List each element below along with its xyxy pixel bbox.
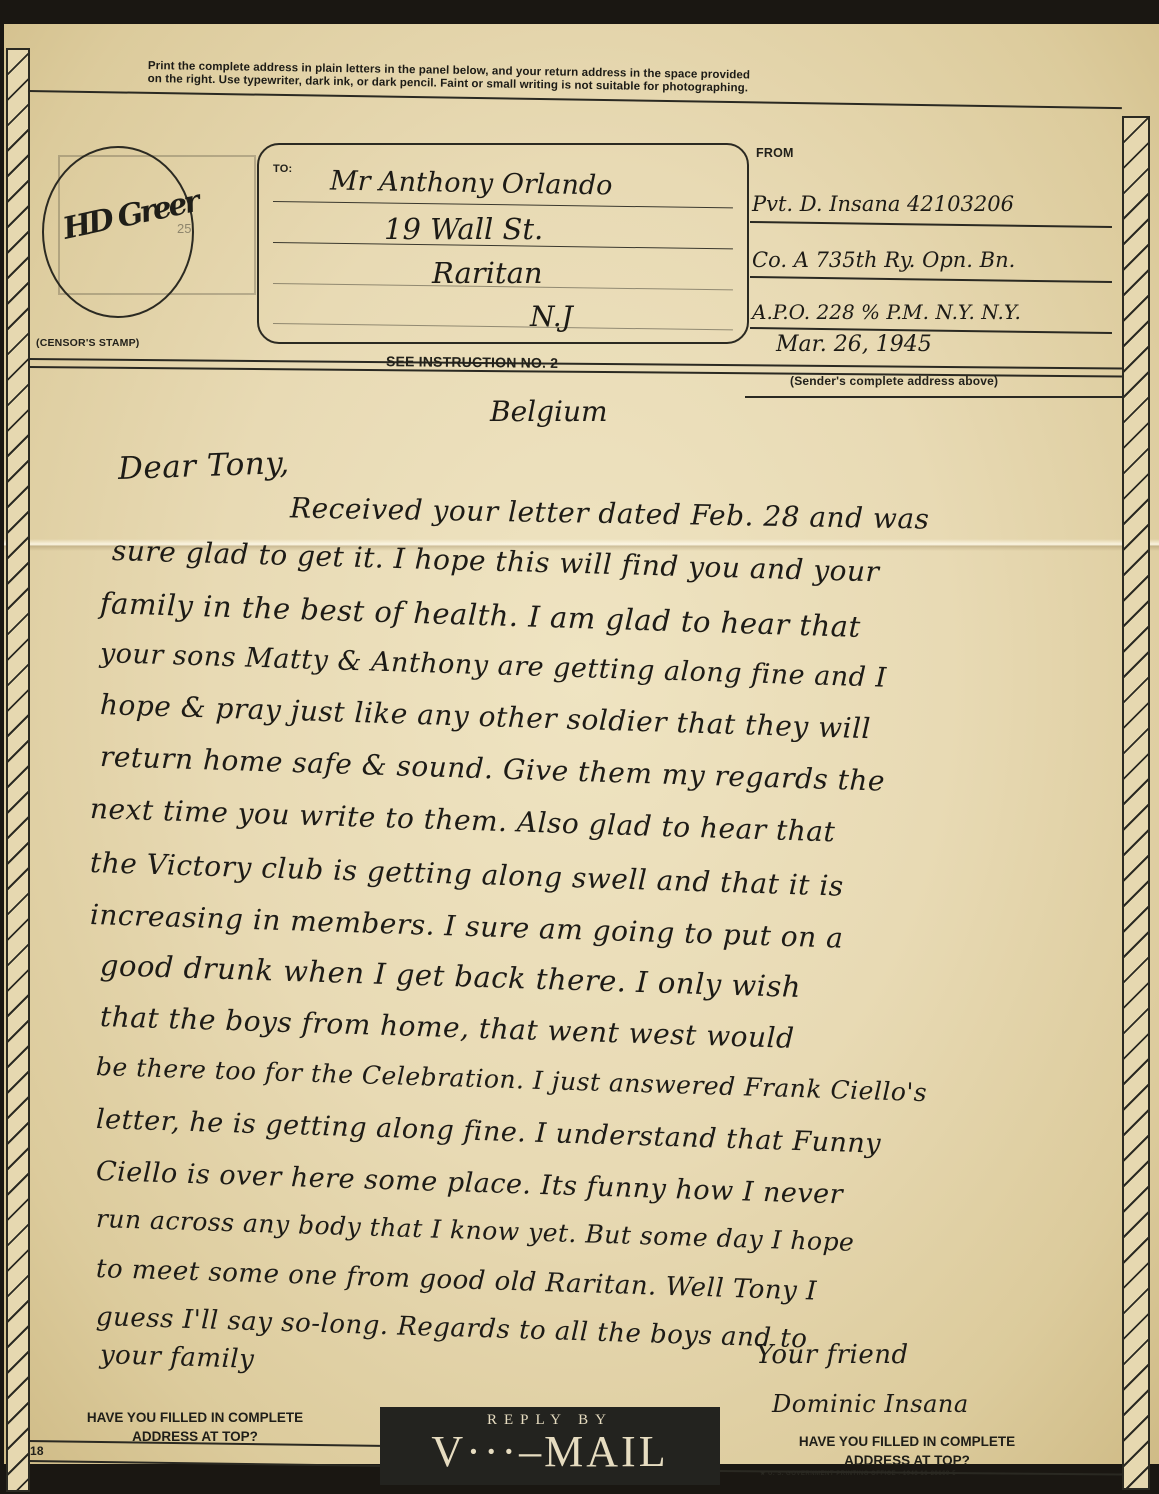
reminder-line-2: ADDRESS AT TOP? [752,1451,1062,1470]
recipient-city: Raritan [432,256,543,290]
censor-stamp-label: (CENSOR'S STAMP) [36,337,140,349]
letter-line: your family [100,1340,255,1375]
reminder-line-2: ADDRESS AT TOP? [40,1427,350,1446]
to-label: TO: [273,163,292,175]
bottom-left-reminder: HAVE YOU FILLED IN COMPLETE ADDRESS AT T… [40,1408,350,1446]
sender-apo: A.P.O. 228 % P.M. N.Y. N.Y. [752,300,1021,324]
reminder-line-1: HAVE YOU FILLED IN COMPLETE [752,1432,1062,1451]
letter-place: Belgium [490,395,608,428]
bottom-right-reminder: HAVE YOU FILLED IN COMPLETE ADDRESS AT T… [752,1432,1062,1470]
sender-address-note: (Sender's complete address above) [790,374,998,388]
recipient-state: N.J [530,300,573,333]
from-label: FROM [756,146,794,160]
address-line-1-rule [273,201,733,208]
letter-signature: Dominic Insana [772,1390,969,1418]
recipient-name: Mr Anthony Orlando [330,166,613,202]
sender-unit: Co. A 735th Ry. Opn. Bn. [752,248,1015,272]
address-line-4-rule [273,323,733,330]
letter-salutation: Dear Tony, [117,445,290,487]
letter-date: Mar. 26, 1945 [776,332,932,357]
form-number: 18 [30,1444,44,1458]
right-hatched-margin [1122,116,1150,1490]
see-instruction-label: SEE INSTRUCTION NO. 2 [386,353,558,371]
vmail-logo-text: V···–MAIL [380,1429,720,1475]
censor-stamp-number: 25 [177,221,191,236]
printer-mark: ★ U. S. GOVERNMENT PRINTING OFFICE : 194… [760,1470,956,1477]
sender-name: Pvt. D. Insana 42103206 [752,192,1014,216]
sender-bottom-rule [745,396,1122,398]
reminder-line-1: HAVE YOU FILLED IN COMPLETE [40,1408,350,1427]
vmail-logo-panel: REPLY BY V···–MAIL [380,1407,720,1485]
recipient-street: 19 Wall St. [384,212,543,246]
letter-closing: Your friend [756,1340,909,1370]
left-hatched-margin [6,48,30,1492]
